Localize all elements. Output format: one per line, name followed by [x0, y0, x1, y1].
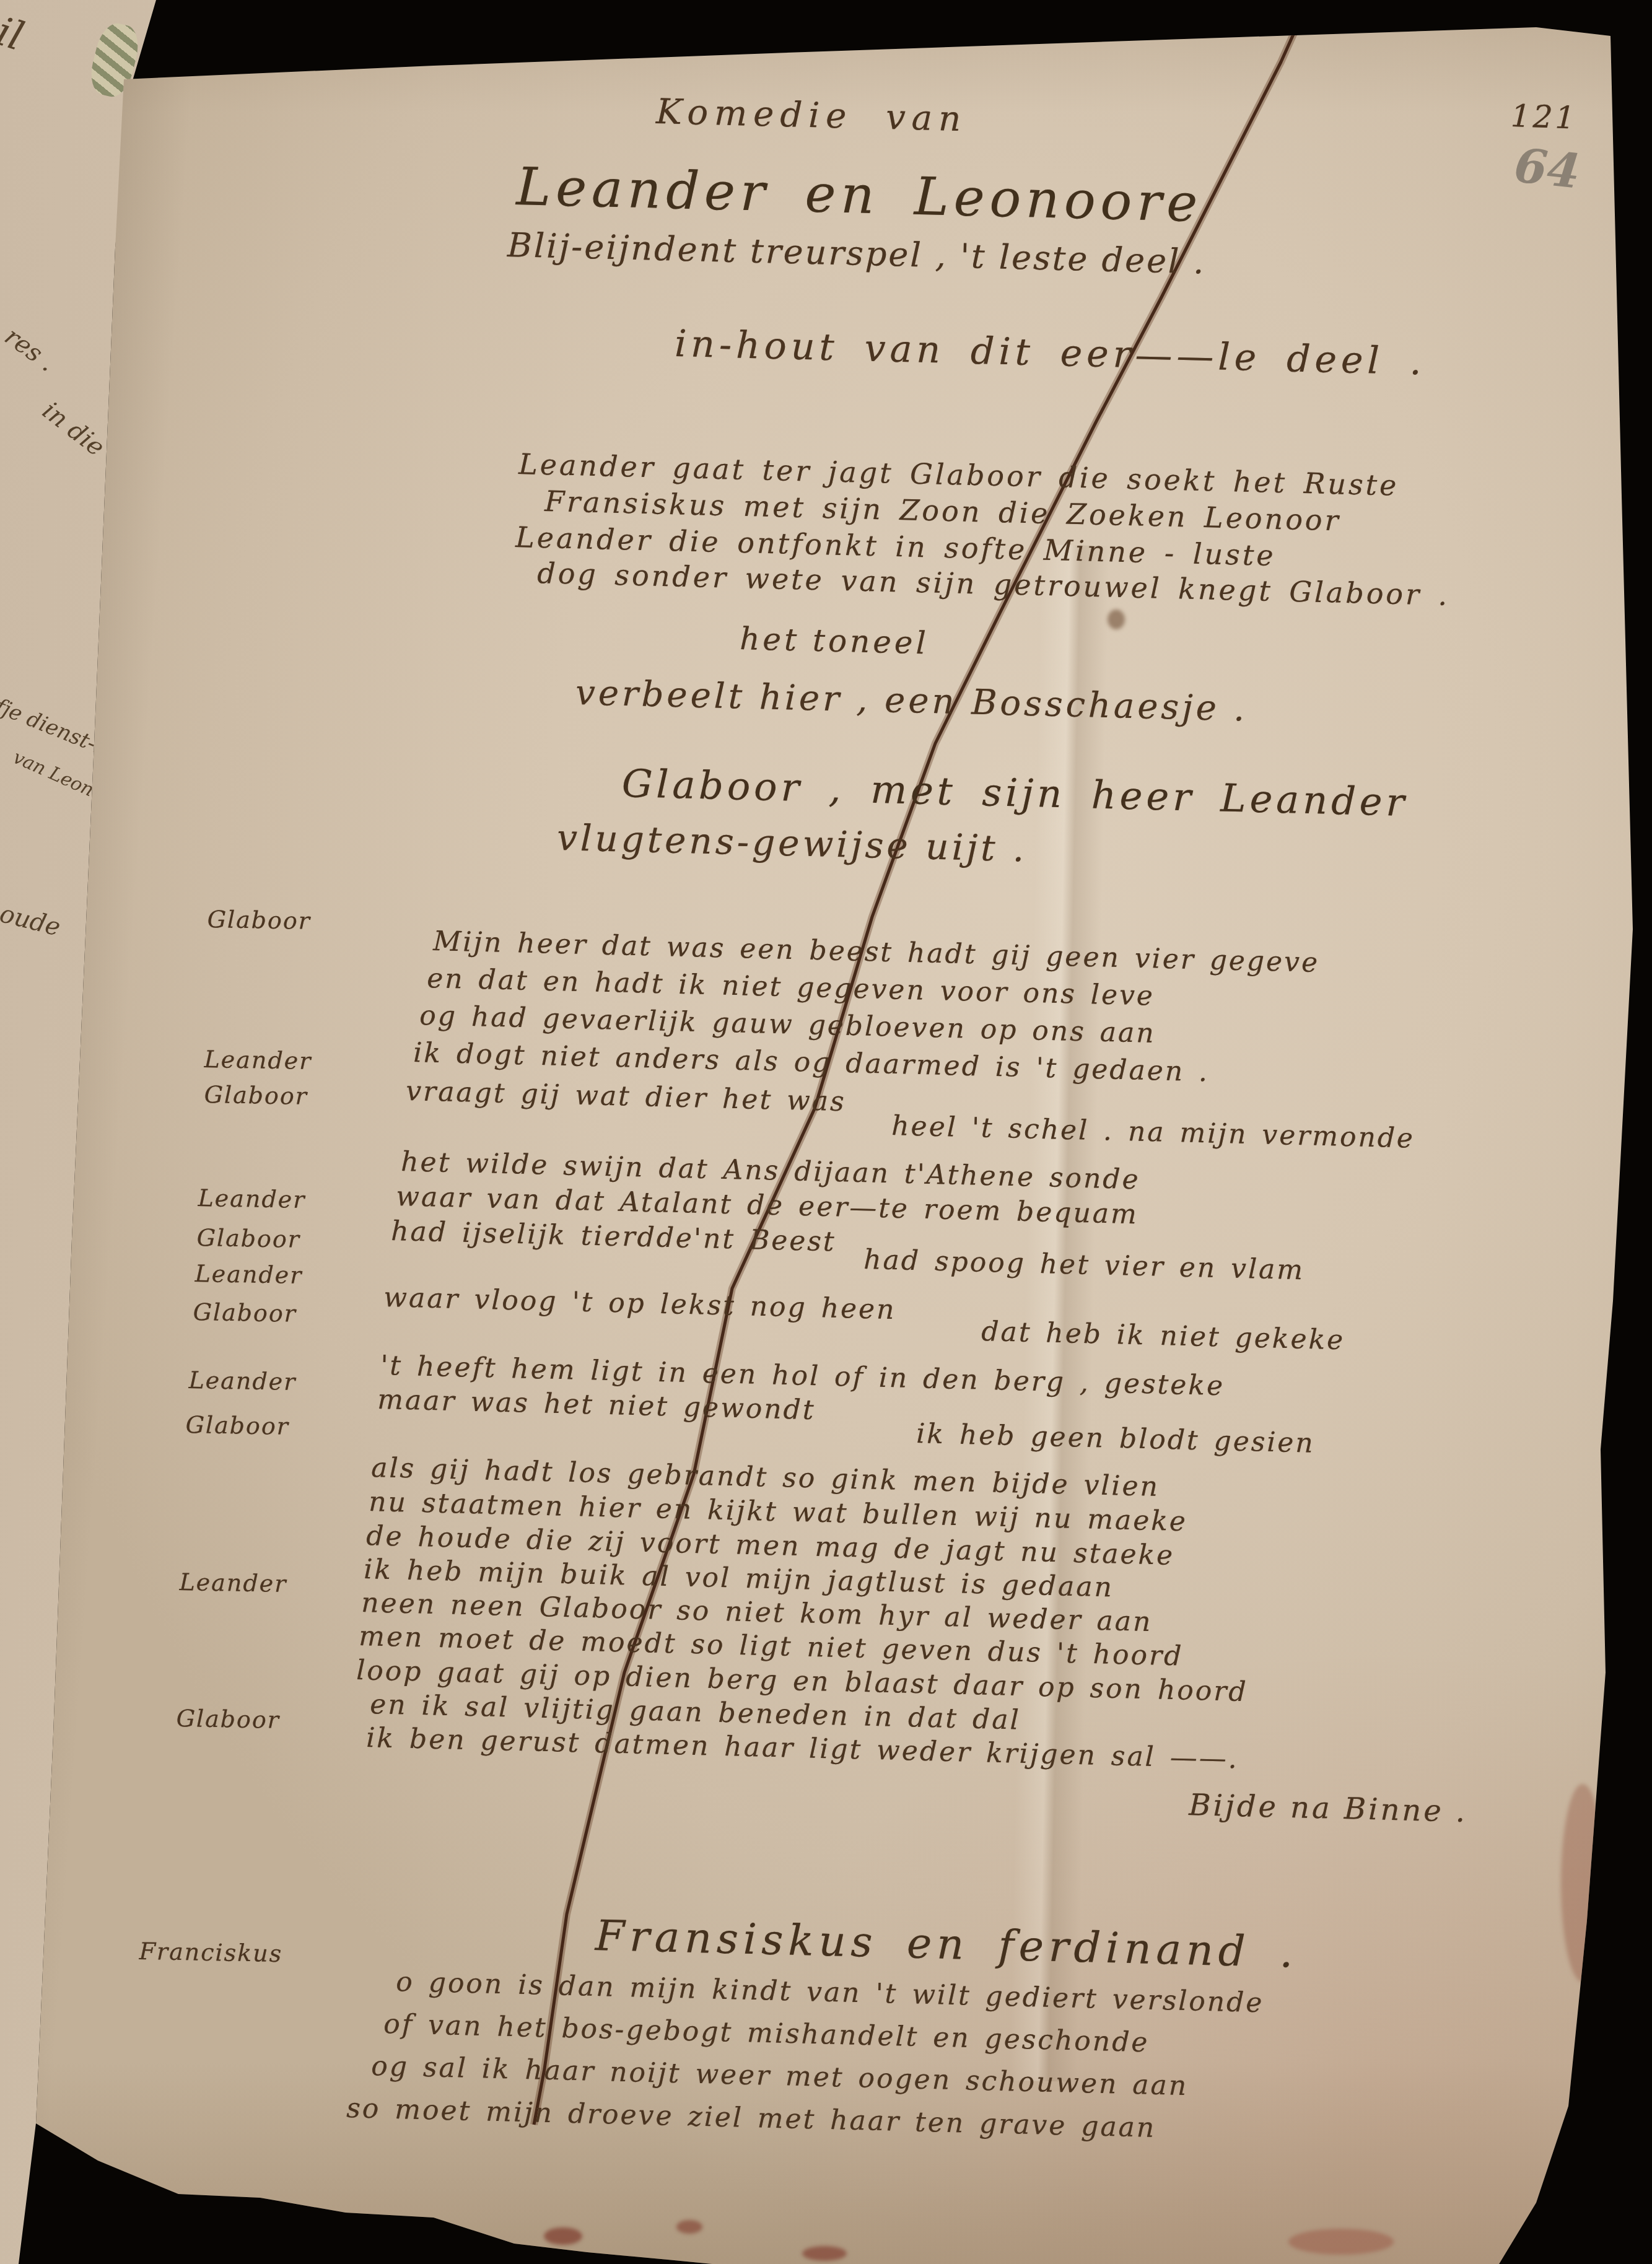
dialogue-line: had ijselijk tierdde'nt Beest [391, 1215, 837, 1258]
fragment-text: in die [37, 396, 110, 462]
dialogue-line: dat heb ik niet gekeke [981, 1316, 1345, 1356]
dialogue-line: og sal ik haar noijt weer met oogen scho… [371, 2050, 1189, 2102]
fragment-text: res . [0, 322, 61, 377]
dialogue-line: vraagt gij wat dier het was [406, 1075, 846, 1117]
manuscript-photo: ilres .in diefje dienst-bovan Leonooude … [0, 0, 1652, 2264]
dialogue-line: o goon is dan mijn kindt van 't wilt ged… [396, 1966, 1264, 2019]
fragment-text: il [0, 9, 29, 60]
dialogue-layer: Mijn heer dat was een beest hadt gij gee… [0, 0, 1652, 2264]
dialogue-line: of van het bos-gebogt mishandelt en gesc… [383, 2008, 1150, 2058]
dialogue-line: had spoog het vier en vlam [863, 1244, 1305, 1286]
manuscript-page: Komedie van Leander en Leonoore Blij-eij… [0, 0, 1652, 2264]
fragment-text: oude [0, 899, 63, 942]
dialogue-line: ik heb geen blodt gesien [916, 1418, 1316, 1459]
dialogue-line: so moet mijn droeve ziel met haar ten gr… [346, 2092, 1156, 2144]
dialogue-line: waar vloog 't op lekst nog heen [383, 1282, 896, 1326]
dialogue-line: heel 't schel . na mijn vermonde [891, 1110, 1415, 1155]
